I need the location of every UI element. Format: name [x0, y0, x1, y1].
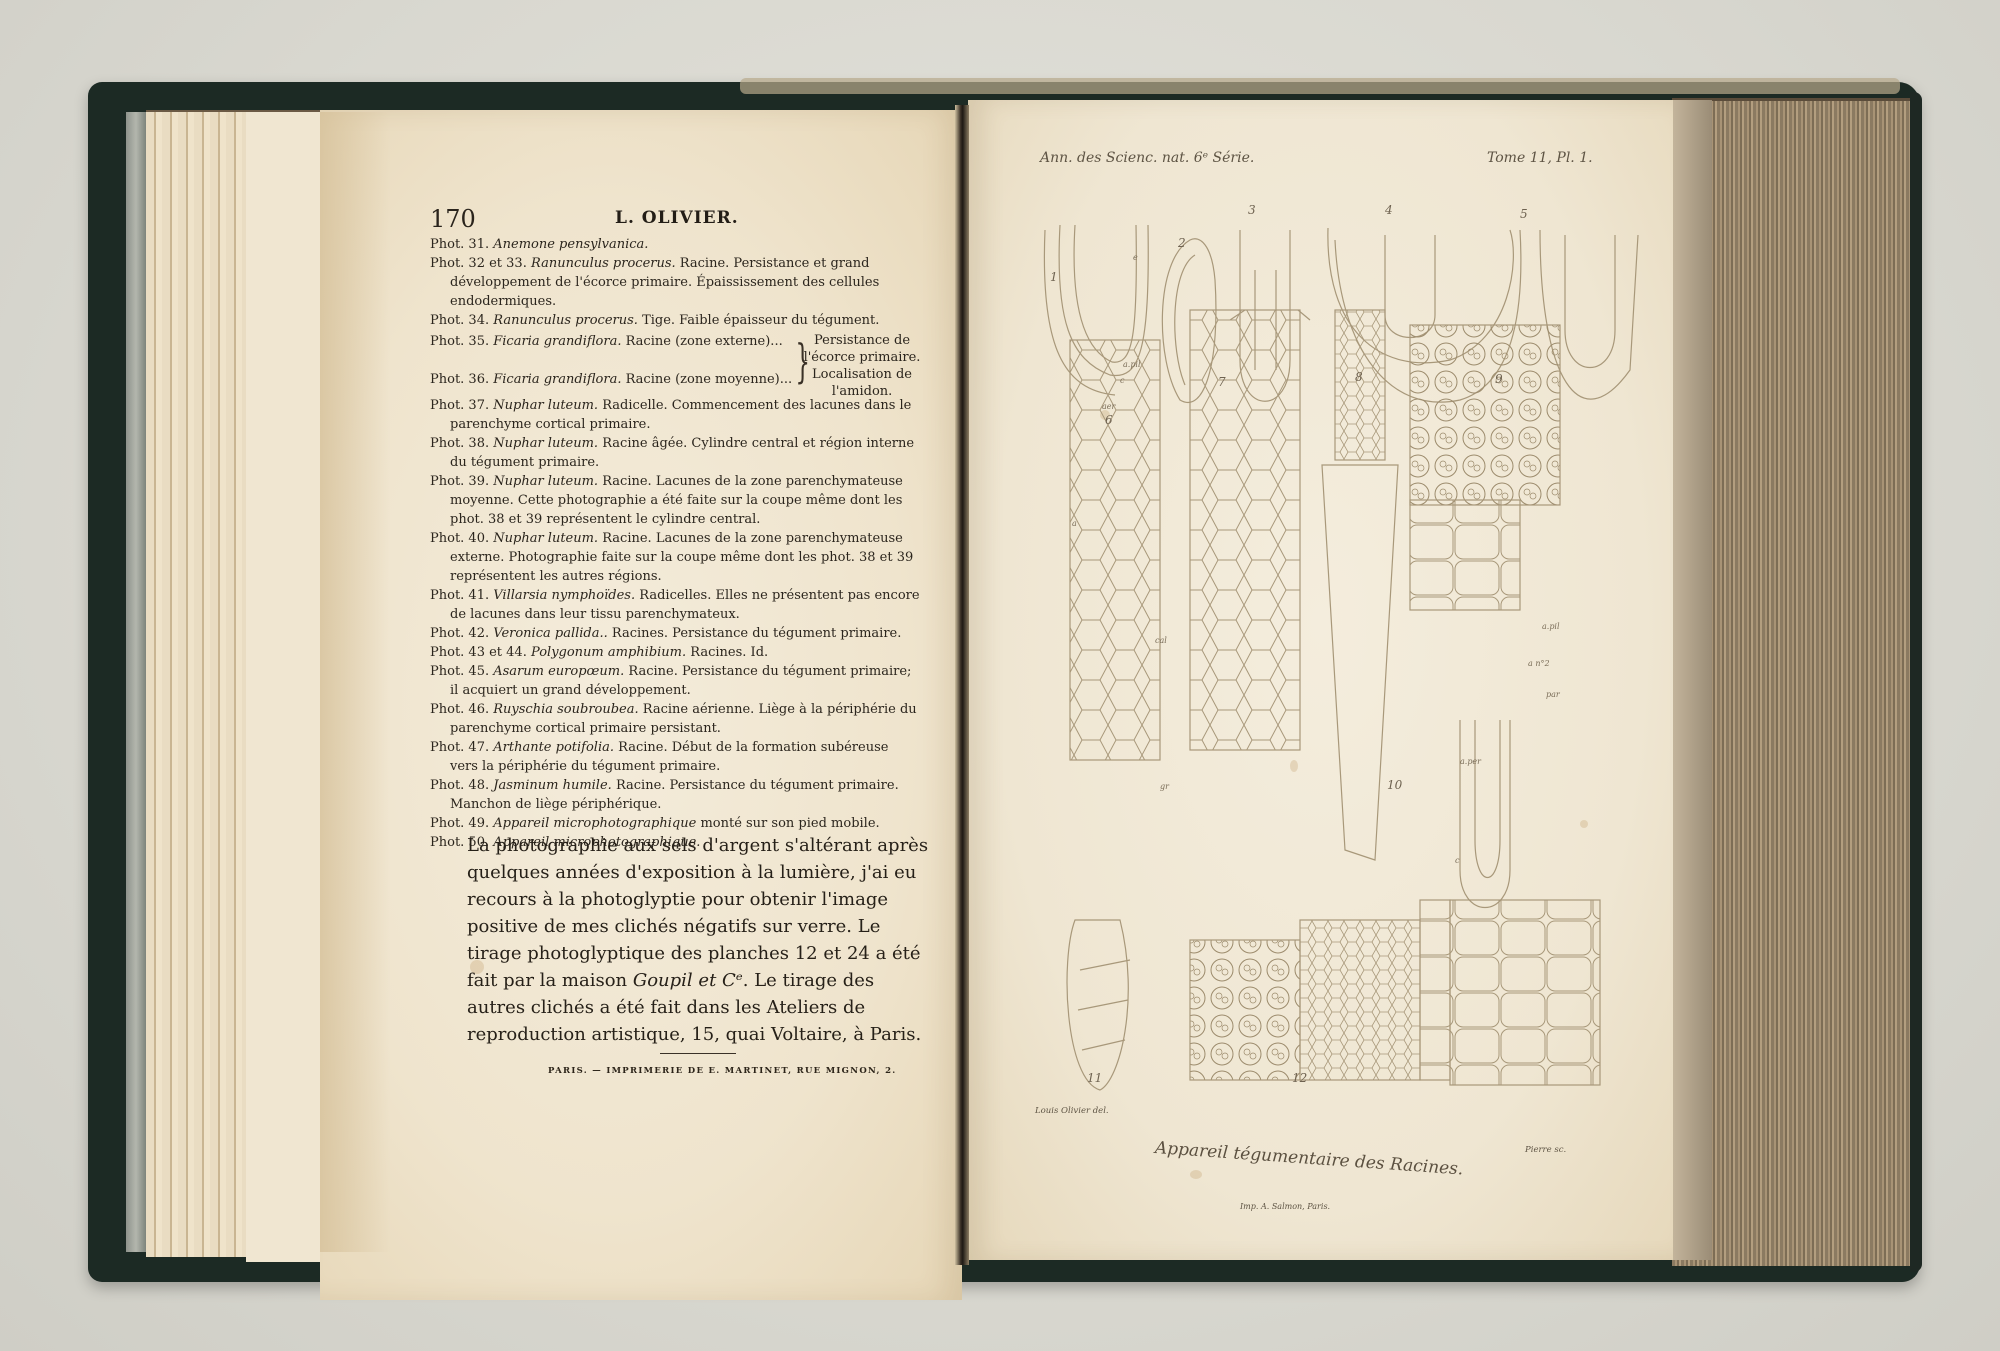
page-number: 170 — [430, 205, 476, 233]
list-item: Phot. 40. Nuphar luteum. Racine. Lacunes… — [430, 529, 920, 586]
list-item: Phot. 31. Anemone pensylvanica. — [430, 235, 920, 254]
plate-engraver-credit: Pierre sc. — [1525, 1145, 1566, 1155]
page-stain — [320, 112, 390, 1252]
cover-edge — [1910, 92, 1922, 1272]
list-item: Phot. 43 et 44. Polygonum amphibium. Rac… — [430, 643, 920, 662]
figure-number: 3 — [1248, 203, 1256, 217]
figure-number: 8 — [1355, 370, 1363, 384]
list-item: Phot. 49. Appareil microphotographique m… — [430, 814, 920, 833]
cover-wear — [740, 78, 1900, 94]
annotation-label: a.per — [1460, 757, 1481, 766]
annotation-label: par — [1546, 690, 1560, 699]
figure-number: 9 — [1495, 372, 1503, 386]
list-item: Phot. 34. Ranunculus procerus. Tige. Fai… — [430, 311, 920, 330]
list-item: Phot. 32 et 33. Ranunculus procerus. Rac… — [430, 254, 920, 311]
author-heading: L. OLIVIER. — [615, 208, 739, 228]
foxing-spot — [1190, 1170, 1202, 1179]
list-item: Phot. 41. Villarsia nymphoïdes. Radicell… — [430, 586, 920, 624]
bracketed-entries: Phot. 35. Ficaria grandiflora. Racine (z… — [430, 332, 920, 394]
figure-number: 6 — [1105, 413, 1113, 427]
figure-number: 1 — [1050, 270, 1058, 284]
list-item: Phot. 45. Asarum europœum. Racine. Persi… — [430, 662, 920, 700]
marbled-endpaper — [126, 112, 146, 1252]
list-item: Phot. 38. Nuphar luteum. Racine âgée. Cy… — [430, 434, 920, 472]
plate-printer-credit: Imp. A. Salmon, Paris. — [1240, 1202, 1330, 1211]
figure-number: 2 — [1178, 236, 1186, 250]
list-item: Phot. 36. Ficaria grandiflora. Racine (z… — [430, 370, 792, 389]
annotation-label: aer — [1102, 402, 1115, 411]
photo-plate-list: Phot. 31. Anemone pensylvanica. Phot. 32… — [430, 235, 920, 852]
annotation-label: c — [1120, 376, 1124, 385]
printer-imprint: PARIS. — IMPRIMERIE DE E. MARTINET, RUE … — [548, 1066, 897, 1076]
figure-number: 4 — [1385, 203, 1393, 217]
plate-volume-header: Tome 11, Pl. 1. — [1487, 150, 1593, 166]
figure-number: 11 — [1087, 1071, 1102, 1085]
figure-number: 12 — [1292, 1071, 1307, 1085]
list-item: Phot. 37. Nuphar luteum. Radicelle. Comm… — [430, 396, 920, 434]
annotation-label: a.pil — [1542, 622, 1560, 631]
divider-rule — [660, 1053, 736, 1054]
annotation-label: c — [1455, 856, 1459, 865]
botanical-plate-illustration — [1040, 200, 1660, 1100]
list-item: Phot. 47. Arthante potifolia. Racine. Dé… — [430, 738, 920, 776]
photography-note-paragraph: La photographie aux sels d'argent s'alté… — [467, 832, 932, 1048]
bracket-note: Persistance de l'écorce primaire. Locali… — [802, 332, 922, 400]
annotation-label: gr — [1160, 782, 1169, 791]
list-item: Phot. 46. Ruyschia soubroubea. Racine aé… — [430, 700, 920, 738]
list-item: Phot. 39. Nuphar luteum. Racine. Lacunes… — [430, 472, 920, 529]
figure-number: 10 — [1387, 778, 1402, 792]
list-item: Phot. 35. Ficaria grandiflora. Racine (z… — [430, 332, 783, 351]
figure-number: 5 — [1520, 207, 1528, 221]
list-item: Phot. 42. Veronica pallida.. Racines. Pe… — [430, 624, 920, 643]
plate-draftsman-credit: Louis Olivier del. — [1035, 1106, 1109, 1116]
figure-number: 7 — [1218, 375, 1226, 389]
annotation-label: a.pil — [1123, 360, 1141, 369]
book-gutter — [955, 105, 969, 1265]
plate-journal-header: Ann. des Scienc. nat. 6ᵉ Série. — [1040, 150, 1254, 166]
right-stack-edge — [1672, 100, 1712, 1260]
left-leaf — [246, 112, 326, 1262]
annotation-label: e — [1133, 253, 1138, 262]
annotation-label: cal — [1155, 636, 1167, 645]
list-item: Phot. 48. Jasminum humile. Racine. Persi… — [430, 776, 920, 814]
running-head: 170 L. OLIVIER. — [430, 205, 930, 235]
annotation-label: a n°2 — [1528, 659, 1550, 668]
annotation-label: a — [1072, 519, 1077, 528]
